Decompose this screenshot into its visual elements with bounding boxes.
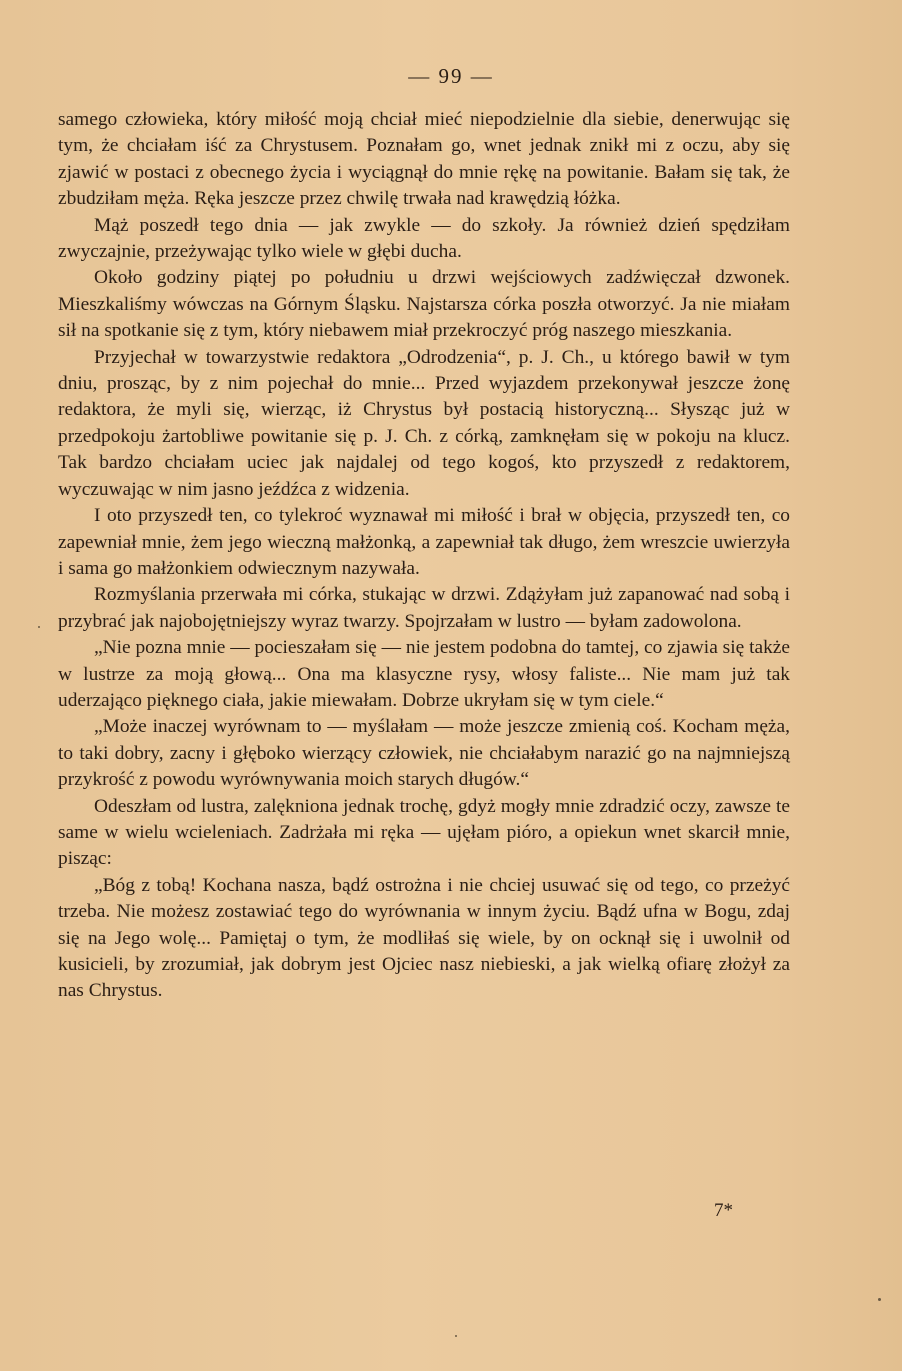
paragraph: Przyjechał w towarzystwie redaktora „Odr…: [58, 345, 790, 503]
paper-speck: [38, 626, 40, 628]
paragraph: Około godziny piątej po południu u drzwi…: [58, 265, 790, 344]
paragraph: Rozmyślania przerwała mi córka, stukając…: [58, 582, 790, 635]
paragraph: „Może inaczej wyrównam to — myślałam — m…: [58, 714, 790, 793]
paragraph: „Bóg z tobą! Kochana nasza, bądź ostrożn…: [58, 873, 790, 1005]
paper-speck: [878, 1298, 881, 1301]
paper-speck: [455, 1335, 457, 1337]
paragraph: „Nie pozna mnie — pocieszałam się — nie …: [58, 635, 790, 714]
paragraph-continuation: samego człowieka, który miłość moją chci…: [58, 107, 790, 213]
paragraph: Odeszłam od lustra, zalękniona jednak tr…: [58, 794, 790, 873]
paragraph: I oto przyszedł ten, co tylekroć wyznawa…: [58, 503, 790, 582]
page-number: — 99 —: [0, 64, 902, 89]
body-text: samego człowieka, który miłość moją chci…: [58, 107, 790, 1005]
signature-mark: 7*: [714, 1200, 733, 1222]
paragraph: Mąż poszedł tego dnia — jak zwykle — do …: [58, 213, 790, 266]
book-page: — 99 — samego człowieka, który miłość mo…: [0, 0, 902, 1371]
